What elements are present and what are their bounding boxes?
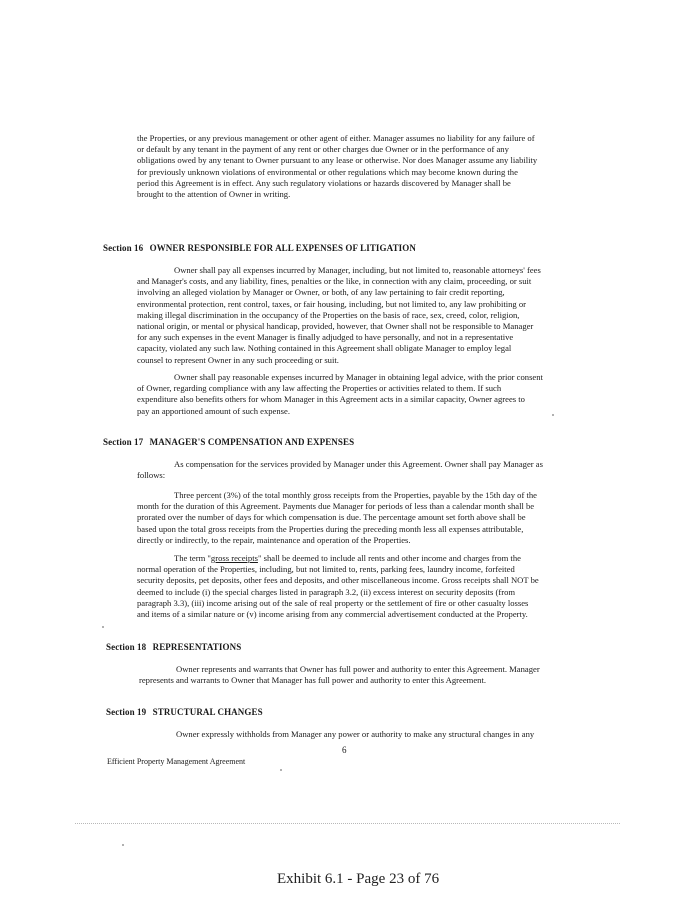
- section-title: OWNER RESPONSIBLE FOR ALL EXPENSES OF LI…: [150, 243, 416, 253]
- quote-open: The term ": [174, 553, 211, 563]
- section-18-paragraph-1: Owner represents and warrants that Owner…: [139, 664, 540, 686]
- text-line: Owner shall pay reasonable expenses incu…: [137, 372, 543, 383]
- section-17-paragraph-1: As compensation for the services provide…: [137, 459, 543, 481]
- text-line: for any such expenses in the event Manag…: [137, 332, 541, 343]
- text-line: pay an apportioned amount of such expens…: [137, 406, 543, 417]
- section-title: MANAGER'S COMPENSATION AND EXPENSES: [150, 437, 355, 447]
- section-17-paragraph-2: Three percent (3%) of the total monthly …: [137, 490, 537, 546]
- page-number: 6: [342, 745, 347, 755]
- section-19-paragraph-1: Owner expressly withholds from Manager a…: [139, 729, 534, 740]
- document-page: the Properties, or any previous manageme…: [0, 0, 700, 907]
- section-number: Section 18: [106, 642, 146, 652]
- text-line: Owner represents and warrants that Owner…: [139, 664, 540, 675]
- text-line: environmental protection, rent control, …: [137, 299, 541, 310]
- section-title: STRUCTURAL CHANGES: [153, 707, 263, 717]
- text-line: security deposits, pet deposits, other f…: [137, 575, 539, 586]
- text-line: national origin, or mental or physical h…: [137, 321, 541, 332]
- section-16-heading: Section 16 OWNER RESPONSIBLE FOR ALL EXP…: [103, 243, 416, 253]
- section-16-paragraph-2: Owner shall pay reasonable expenses incu…: [137, 372, 543, 417]
- text-line: Three percent (3%) of the total monthly …: [137, 490, 537, 501]
- defined-term-gross-receipts: gross receipts: [211, 553, 258, 563]
- text-line: directly or indirectly, to the repair, m…: [137, 535, 537, 546]
- text-line: or default by any tenant in the payment …: [137, 144, 537, 155]
- intro-paragraph: the Properties, or any previous manageme…: [137, 133, 537, 200]
- section-17-heading: Section 17 MANAGER'S COMPENSATION AND EX…: [103, 437, 354, 447]
- exhibit-page-label: Exhibit 6.1 - Page 23 of 76: [277, 871, 439, 888]
- section-number: Section 16: [103, 243, 143, 253]
- text-line: period this Agreement is in effect. Any …: [137, 178, 537, 189]
- text-line: for previously unknown violations of env…: [137, 167, 537, 178]
- text-line: The term "gross receipts" shall be deeme…: [137, 553, 539, 564]
- scan-speck: [122, 844, 124, 846]
- scan-speck: [280, 769, 282, 771]
- section-19-heading: Section 19 STRUCTURAL CHANGES: [106, 707, 263, 717]
- text-line: based upon the total gross receipts from…: [137, 524, 537, 535]
- section-16-paragraph-1: Owner shall pay all expenses incurred by…: [137, 265, 541, 366]
- text-line: As compensation for the services provide…: [137, 459, 543, 470]
- section-17-paragraph-3: The term "gross receipts" shall be deeme…: [137, 553, 539, 620]
- section-number: Section 19: [106, 707, 146, 717]
- text-line: follows:: [137, 470, 543, 481]
- text-fragment: shall be deemed to include all rents and…: [264, 553, 521, 563]
- footer-title: Efficient Property Management Agreement: [107, 757, 245, 766]
- text-line: making illegal discrimination in the occ…: [137, 310, 541, 321]
- text-line: represents and warrants to Owner that Ma…: [139, 675, 540, 686]
- text-line: counsel to represent Owner in any such p…: [137, 355, 541, 366]
- text-line: Owner shall pay all expenses incurred by…: [137, 265, 541, 276]
- text-line: paragraph 3.3), (iii) income arising out…: [137, 598, 539, 609]
- text-line: and items of a similar nature or (v) inc…: [137, 609, 539, 620]
- text-line: deemed to include (i) the special charge…: [137, 587, 539, 598]
- text-line: obligations owed by any tenant to Owner …: [137, 155, 537, 166]
- text-line: month for the duration of this Agreement…: [137, 501, 537, 512]
- text-line: Owner expressly withholds from Manager a…: [139, 729, 534, 740]
- text-line: expenditure also benefits others for who…: [137, 394, 543, 405]
- text-line: normal operation of the Properties, incl…: [137, 564, 539, 575]
- section-18-heading: Section 18 REPRESENTATIONS: [106, 642, 241, 652]
- section-number: Section 17: [103, 437, 143, 447]
- text-line: and Manager's costs, and any liability, …: [137, 276, 541, 287]
- scan-artifact-line: [75, 823, 620, 825]
- scan-speck: [552, 414, 554, 416]
- section-title: REPRESENTATIONS: [153, 642, 242, 652]
- text-line: brought to the attention of Owner in wri…: [137, 189, 537, 200]
- text-line: involving an alleged violation by Manage…: [137, 287, 541, 298]
- text-line: prorated over the number of days for whi…: [137, 512, 537, 523]
- text-line: capacity, violated any such law. Nothing…: [137, 343, 541, 354]
- text-line: the Properties, or any previous manageme…: [137, 133, 537, 144]
- text-line: of Owner, regarding compliance with any …: [137, 383, 543, 394]
- scan-speck: [102, 626, 104, 628]
